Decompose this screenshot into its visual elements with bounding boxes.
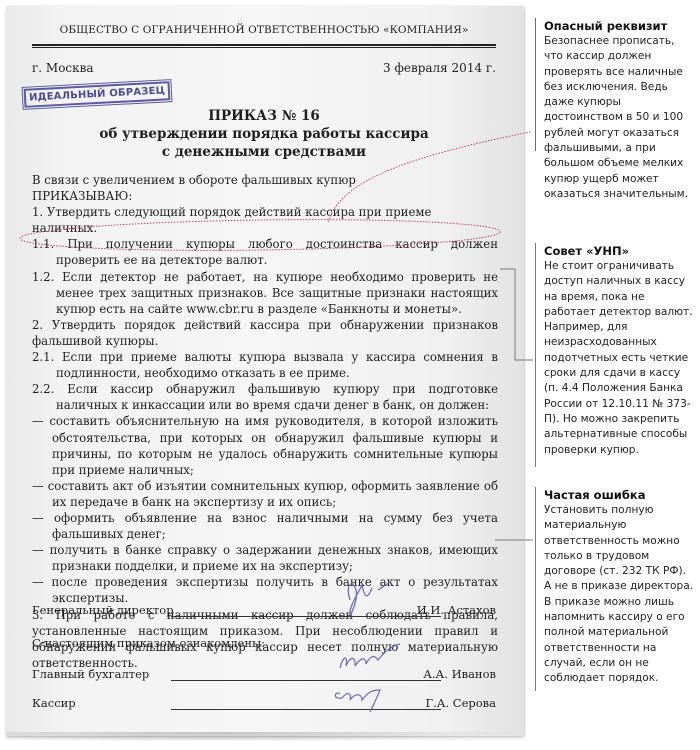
duty-3: — оформить объявление на взнос наличными… — [32, 510, 498, 542]
note-title: Совет «УНП» — [544, 243, 695, 259]
title-line-3: с денежными средствами — [32, 143, 496, 161]
note-text: Не стоит ограничивать доступ наличных в … — [544, 259, 695, 458]
clause-1-2: 1.2. Если детектор не работает, на купюр… — [32, 269, 498, 317]
accountant-name: А.А. Иванов — [423, 667, 496, 681]
note-common-mistake: Частая ошибка Установить полную материал… — [535, 487, 695, 691]
header-divider — [32, 44, 496, 48]
note-text: Безопаснее прописать, что кассир должен … — [544, 34, 695, 202]
city: г. Москва — [32, 61, 94, 75]
document-title: ПРИКАЗ № 16 об утверждении порядка работ… — [32, 107, 496, 161]
accountant-role: Главный бухгалтер — [32, 667, 149, 681]
director-role: Генеральный директор — [32, 603, 174, 617]
clause-2-2: 2.2. Если кассир обнаружил фальшивую куп… — [32, 381, 498, 413]
note-title: Частая ошибка — [544, 487, 695, 503]
signature-line — [171, 680, 441, 681]
duty-1: — составить объяснительную на имя руково… — [32, 413, 498, 477]
duty-2: — составить акт об изъятии сомнительных … — [32, 478, 498, 510]
organization-header: ОБЩЕСТВО С ОГРАНИЧЕННОЙ ОТВЕТСТВЕННОСТЬЮ… — [32, 24, 496, 36]
clause-2: 2. Утвердить порядок действий кассира пр… — [32, 317, 498, 349]
order-number: ПРИКАЗ № 16 — [32, 107, 496, 125]
clause-1-1: 1.1. При получении купюры любого достоин… — [32, 236, 498, 268]
duty-5: — после проведения экспертизы получить в… — [32, 574, 498, 606]
document-body: В связи с увеличением в обороте фальшивы… — [32, 172, 498, 671]
document-paper: ОБЩЕСТВО С ОГРАНИЧЕННОЙ ОТВЕТСТВЕННОСТЬЮ… — [6, 6, 524, 736]
preamble: В связи с увеличением в обороте фальшивы… — [32, 172, 498, 188]
sample-stamp: ИДЕАЛЬНЫЙ ОБРАЗЕЦ — [24, 81, 171, 108]
title-line-2: об утверждении порядка работы кассира — [32, 125, 496, 143]
clause-1: 1. Утвердить следующий порядок действий … — [32, 204, 498, 236]
note-dangerous-requisite: Опасный реквизит Безопаснее прописать, ч… — [535, 18, 695, 151]
signature-line — [171, 709, 441, 710]
document-date: 3 февраля 2014 г. — [383, 61, 496, 75]
director-name: И.И. Астахов — [417, 603, 496, 617]
cashier-role: Кассир — [32, 696, 76, 710]
acknowledgement-heading: С настоящим приказом ознакомлены: — [32, 636, 265, 650]
note-text: Установить полную материальную ответстве… — [544, 503, 695, 687]
note-title: Опасный реквизит — [544, 18, 695, 34]
duty-4: — получить в банке справку о задержании … — [32, 542, 498, 574]
signature-line — [171, 616, 441, 617]
cashier-name: Г.А. Серова — [425, 696, 496, 710]
clause-2-1: 2.1. Если при приеме валюты купюра вызва… — [32, 349, 498, 381]
note-unp-advice: Совет «УНП» Не стоит ограничивать доступ… — [535, 243, 695, 467]
order-word: ПРИКАЗЫВАЮ: — [32, 188, 498, 204]
